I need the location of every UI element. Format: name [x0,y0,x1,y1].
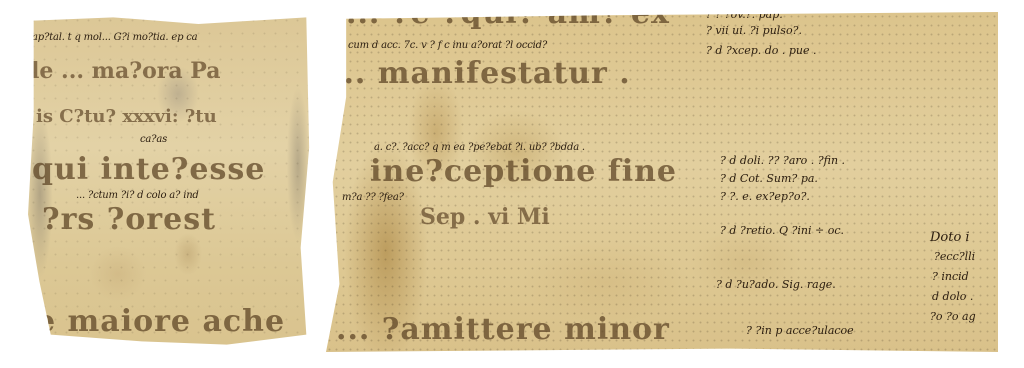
text-line: ... ?amittere minor [336,312,670,347]
right-column-text: d dolo . [932,290,973,303]
right-column-text: ?o ?o ag [930,310,976,323]
text-line: e maiore ache [36,304,285,339]
right-column-text: Doto i [930,230,970,245]
margin-note: ? ?. e. ex?ep?o?. [720,190,810,203]
left-manuscript-fragment: ap?tal. t q mol... G?i mo?tia. ep ca de … [28,14,312,348]
text-line: Sep . vi Mi [420,204,550,230]
margin-note: ? ?in p acce?ulacoe [746,324,854,337]
margin-note: ? vii ui. ?i pulso?. [706,24,802,37]
main-manuscript-fragment: ... ?e ?qui? am? ex cum d acc. 7c. v ? f… [326,12,998,352]
text-line: cum d acc. 7c. v ? f c inu a?orat ?l occ… [348,40,547,51]
margin-note: ? d ?xcep. do . pue . [706,44,817,57]
right-column-text: ? incid [932,270,969,283]
right-column-text: ?ecc?lli [934,250,975,263]
margin-note: ? d ?retio. Q ?ini ÷ oc. [720,224,844,237]
text-line: ap?tal. t q mol... G?i mo?tia. ep ca [32,32,197,43]
text-line: ?rs ?orest [42,202,216,237]
text-line: ine?ceptione fine [370,154,677,189]
text-line: de ... ma?ora Pa [28,58,221,84]
margin-note: ? d doli. ?? ?aro . ?fin . [720,154,845,167]
text-line: is C?tu? xxxvi: ?tu [36,106,217,127]
text-line: ca?as [140,134,167,145]
text-line: ... manifestatur . [332,56,631,91]
text-line: ... ?ctum ?i? d colo a? ind [76,190,199,201]
text-line: ... ?e ?qui? am? ex [346,12,670,31]
text-line: qui inte?esse [32,152,265,187]
margin-note: ? d Cot. Sum? pa. [720,172,818,185]
text-line: m?a ?? ?fea? [342,192,404,203]
margin-note: ? d ?u?ado. Sig. rage. [716,278,836,291]
text-line: a. c?. ?acc? q m ea ?pe?ebat ?i. ub? ?bd… [374,142,585,153]
margin-note: ? ? ?ov.?. pap. [706,12,783,21]
